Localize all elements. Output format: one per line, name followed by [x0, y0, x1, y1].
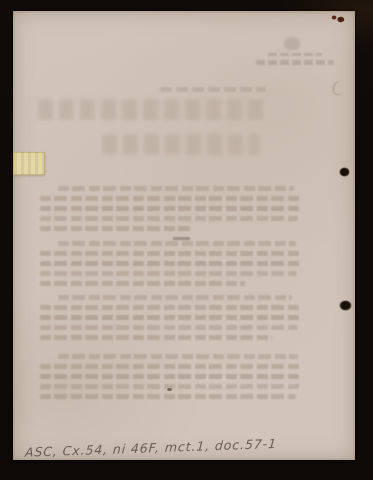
pen-mark — [331, 80, 345, 96]
typed-text-line — [40, 261, 300, 266]
punch-hole-top — [339, 167, 350, 177]
document-page: ASC, Cx.54, ni 46F, mct.1, doc.57-1 — [13, 11, 355, 460]
typed-text-line — [40, 325, 298, 330]
stamp-emblem-icon — [284, 37, 300, 50]
archival-reference-annotation: ASC, Cx.54, ni 46F, mct.1, doc.57-1 — [25, 435, 296, 459]
typed-text-line — [40, 206, 302, 211]
typed-text-line — [40, 216, 298, 221]
typed-text-line — [40, 305, 302, 310]
typed-text-line — [58, 241, 296, 246]
typed-text-line — [40, 271, 297, 276]
typed-text-line — [40, 251, 301, 256]
typed-text-line — [40, 394, 296, 399]
faded-title-line — [102, 134, 260, 155]
typed-dateline — [160, 87, 266, 92]
stamp-text-line — [268, 53, 322, 56]
ink-speck — [167, 388, 172, 391]
tape-fragment — [13, 152, 45, 175]
ink-stain — [331, 14, 345, 24]
separator-mark — [173, 237, 190, 240]
typed-text-line — [58, 186, 294, 191]
typed-text-line — [40, 281, 245, 286]
typed-text-line — [40, 315, 301, 320]
typed-text-line — [40, 374, 302, 379]
typed-text-line — [40, 196, 300, 201]
typed-text-line — [58, 295, 292, 300]
scan-background: ASC, Cx.54, ni 46F, mct.1, doc.57-1 — [0, 0, 373, 480]
faded-title-line — [38, 99, 268, 120]
typed-text-line — [58, 354, 298, 359]
typed-text-line — [40, 226, 190, 231]
stamp-text-line — [256, 60, 334, 65]
typed-text-line — [40, 364, 300, 369]
typed-text-line — [40, 335, 272, 340]
punch-hole-bottom — [339, 300, 352, 311]
